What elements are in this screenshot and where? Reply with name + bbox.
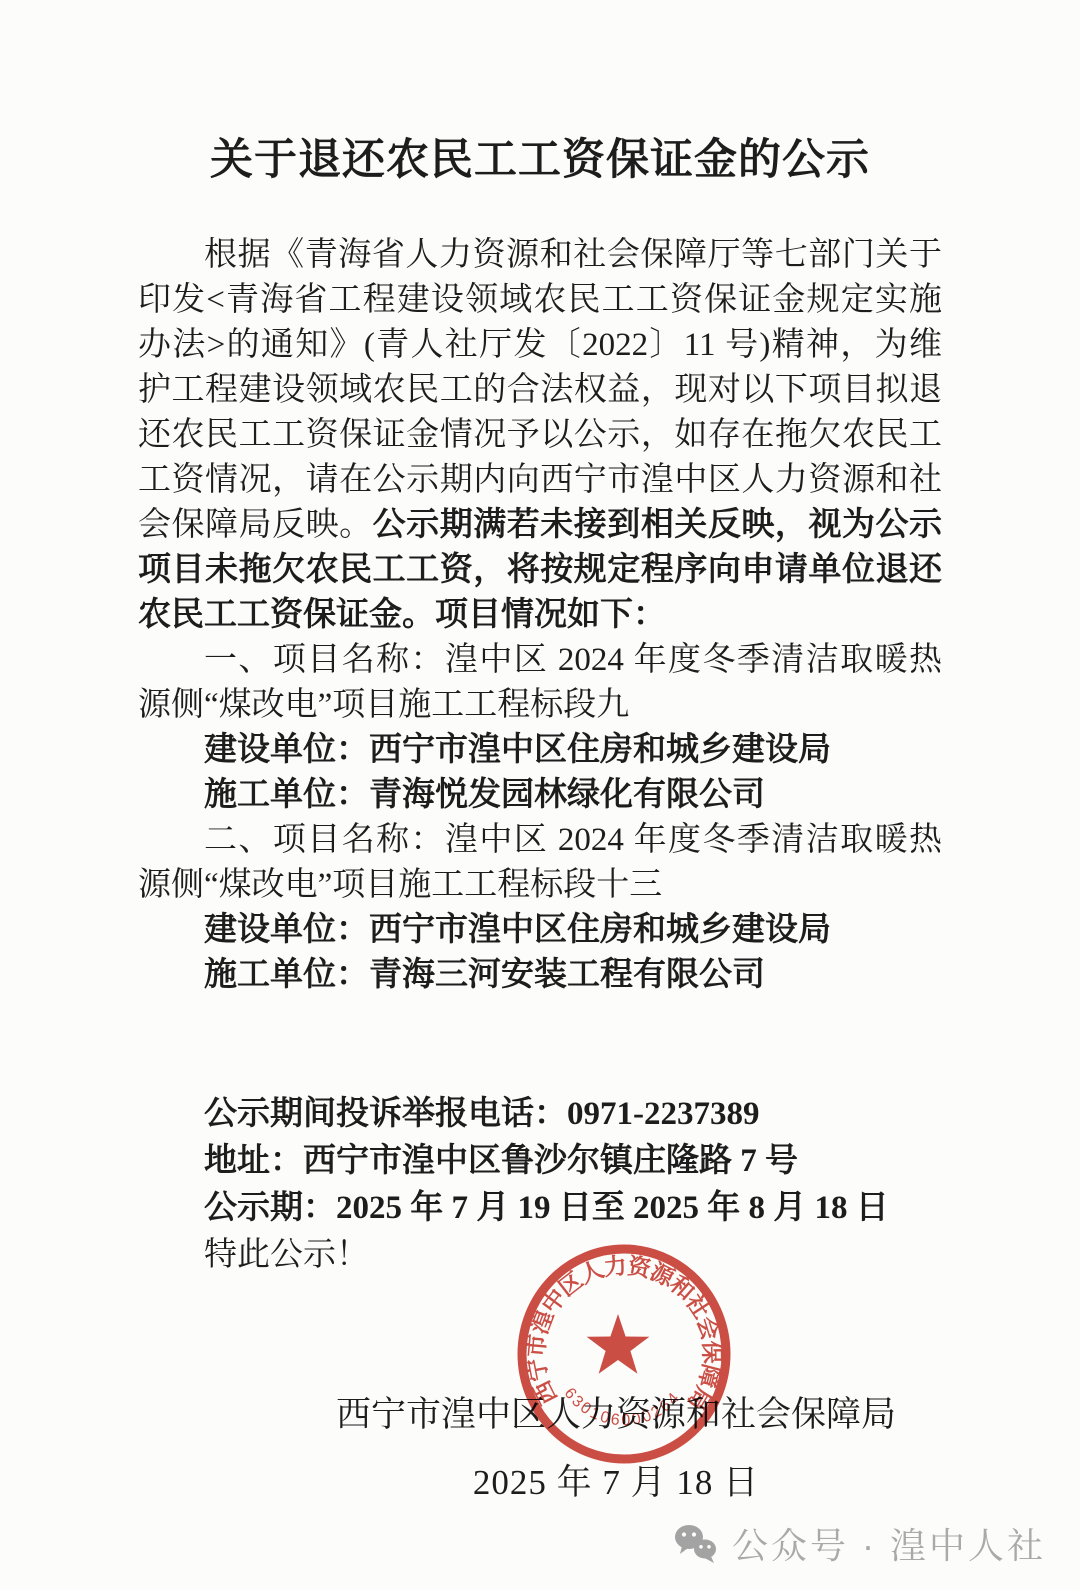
intro-paragraph: 根据《青海省人力资源和社会保障厅等七部门关于印发<青海省工程建设领域农民工工资保… [138,233,942,638]
wechat-footer: 公众号 · 湟中人社 [674,1518,1046,1569]
notice-document-page: 关于退还农民工工资保证金的公示 根据《青海省人力资源和社会保障厅等七部门关于印发… [0,0,1080,1590]
address-line: 地址：西宁市湟中区鲁沙尔镇庄隆路 7 号 [138,1138,942,1185]
document-body: 根据《青海省人力资源和社会保障厅等七部门关于印发<青海省工程建设领域农民工工资保… [138,233,942,998]
project-contractor-line: 施工单位：青海悦发园林绿化有限公司 [138,773,942,818]
seal-star-icon [587,1314,650,1374]
official-seal: 西宁市湟中区人力资源和社会保障局 6301060002647 [510,1240,738,1468]
intro-run: 根据《青海省人力资源和社会保障厅等七部门关于印发<青海省工程建设领域农民工工资保… [138,237,942,543]
project-name-line: 一、项目名称：湟中区 2024 年度冬季清洁取暖热源侧“煤改电”项目施工工程标段… [138,638,942,728]
page-title: 关于退还农民工工资保证金的公示 [0,0,1080,187]
wechat-icon [674,1524,718,1564]
project-contractor-line: 施工单位：青海三河安装工程有限公司 [138,953,942,998]
wechat-account-label: 公众号 · 湟中人社 [732,1518,1046,1569]
publicity-period-line: 公示期：2025 年 7 月 19 日至 2025 年 8 月 18 日 [138,1185,942,1232]
project-name-line: 二、项目名称：湟中区 2024 年度冬季清洁取暖热源侧“煤改电”项目施工工程标段… [138,818,942,908]
complaint-phone-line: 公示期间投诉举报电话：0971-2237389 [138,1091,942,1138]
project-builder-line: 建设单位：西宁市湟中区住房和城乡建设局 [138,728,942,773]
project-builder-line: 建设单位：西宁市湟中区住房和城乡建设局 [138,908,942,953]
